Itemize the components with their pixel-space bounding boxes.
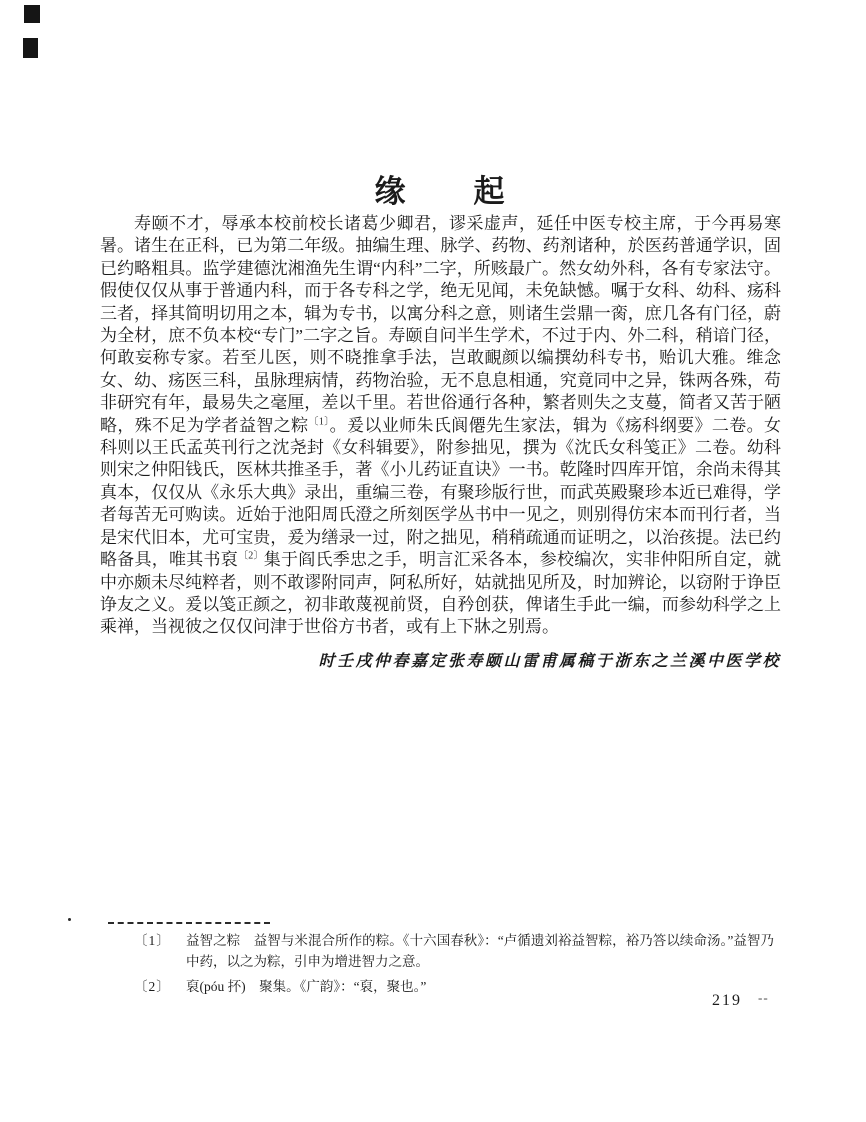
scanned-book-page: 缘 起 寿颐不才，辱承本校前校长诸葛少卿君，谬采虚声，延任中医专校主席，于今再易… <box>0 0 866 1122</box>
scan-artifact-mark <box>24 5 40 23</box>
footnote-marker: 〔2〕 <box>134 976 171 997</box>
signature-line: 时壬戌仲春嘉定张寿颐山雷甫属稿于浙东之兰溪中医学校 <box>100 648 781 671</box>
page-number: 219 <box>712 992 742 1010</box>
footnote-2: 〔2〕裒(póu 抔) 聚集。《广韵》：“裒，聚也。” <box>134 976 774 997</box>
footnote-ref-2: 〔2〕 <box>238 550 264 561</box>
footnote-1: 〔1〕益智之粽 益智与米混合所作的粽。《十六国春秋》：“卢循遗刘裕益智粽，裕乃答… <box>134 930 774 972</box>
scan-artifact-mark <box>23 38 38 58</box>
page-title: 缘 起 <box>100 166 781 211</box>
body-segment-1: 寿颐不才，辱承本校前校长诸葛少卿君，谬采虚声，延任中医专校主席，于今再易寒暑。诸… <box>100 214 781 435</box>
footnote-text: 益智之粽 益智与米混合所作的粽。《十六国春秋》：“卢循遗刘裕益智粽，裕乃答以续命… <box>186 933 774 969</box>
footnote-marker: 〔1〕 <box>134 930 171 951</box>
footnote-ref-1: 〔1〕 <box>309 416 330 427</box>
body-segment-2: 。爰以业师朱氏阆僊先生家法，辑为《疡科纲要》二卷。女科则以王氏孟英刊行之沈尧封《… <box>100 416 781 569</box>
footnote-separator <box>108 922 270 924</box>
footnote-text: 裒(póu 抔) 聚集。《广韵》：“裒，聚也。” <box>186 979 426 994</box>
page-number-dashes: -- <box>758 990 769 1006</box>
body-paragraph: 寿颐不才，辱承本校前校长诸葛少卿君，谬采虚声，延任中医专校主席，于今再易寒暑。诸… <box>100 213 781 639</box>
scan-dot <box>68 918 71 921</box>
footnotes-block: 〔1〕益智之粽 益智与米混合所作的粽。《十六国春秋》：“卢循遗刘裕益智粽，裕乃答… <box>134 930 774 997</box>
